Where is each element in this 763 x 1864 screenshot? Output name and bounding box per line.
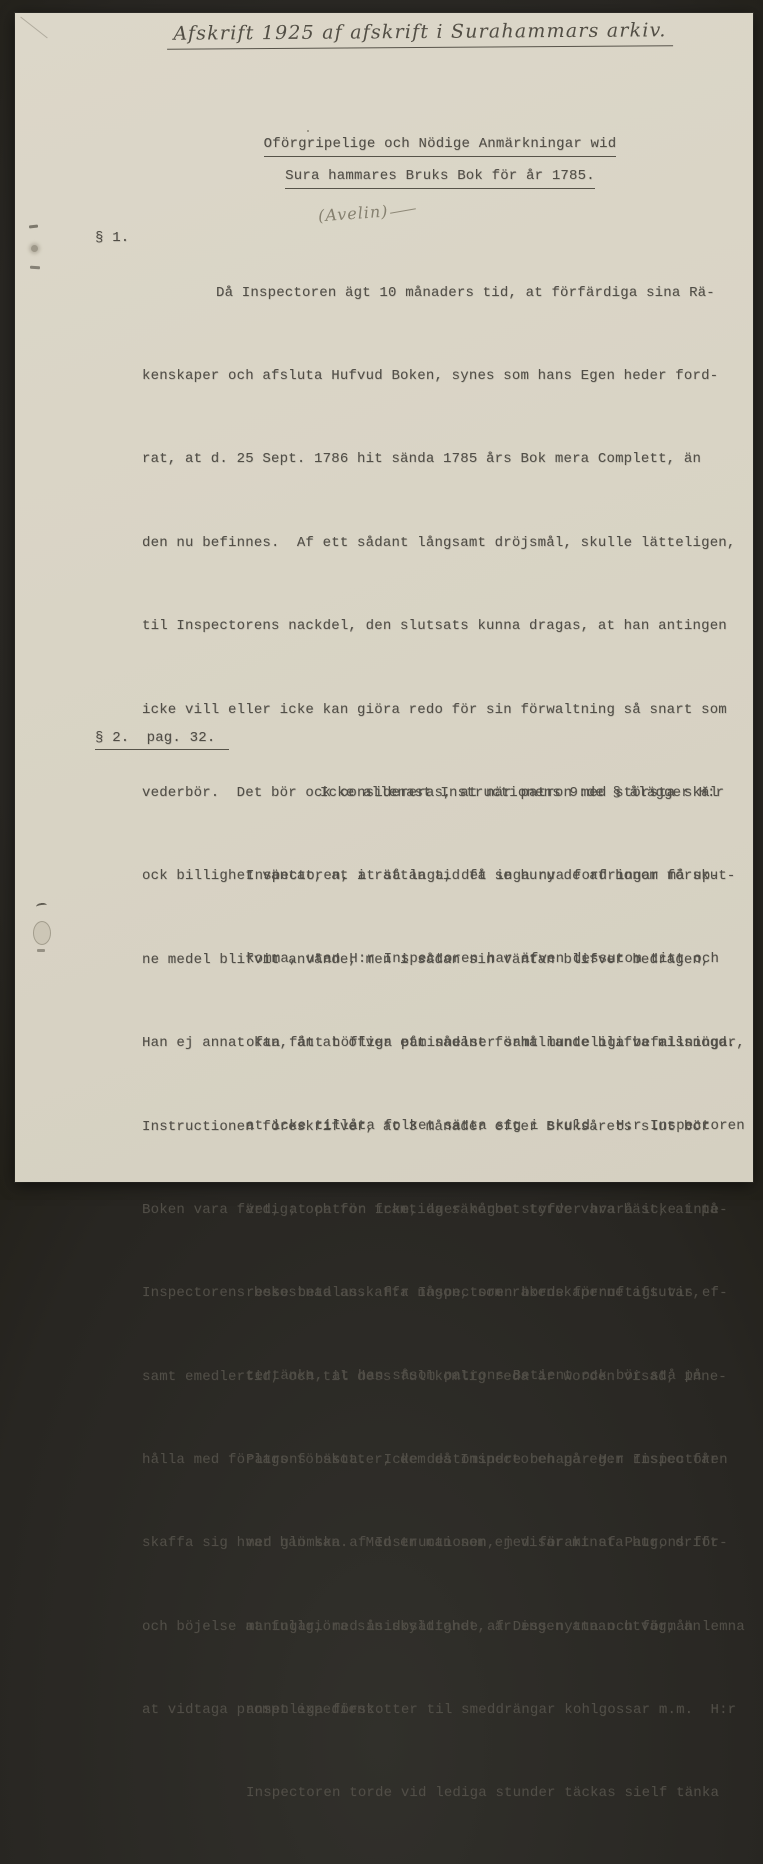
text-line: Icke allenast Instructionens 9:de § åläg… [246,780,745,808]
document-title-line1: Oförgripelige och Nödige Anmärkningar wi… [264,136,617,157]
paper-speck [307,130,309,132]
paper-crease [20,17,47,39]
section1-label: § 1. [95,230,129,246]
text-line: til Inspectorens nackdel, den slutsats k… [142,613,736,641]
text-line: Inspectoren, at så laga, det inga nya fo… [246,863,745,891]
text-line: kenskaper och afsluta Hufvud Boken, syne… [142,363,736,391]
document-title: Oförgripelige och Nödige Anmärkningar wi… [185,134,695,198]
text-line: icke vill eller icke kan giöra redo för … [142,697,736,725]
margin-smudge [30,266,40,270]
margin-smudge [37,949,45,952]
text-line: rat, at d. 25 Sept. 1786 hit sända 1785 … [142,446,736,474]
pencil-annotation-avelin: (Avelin) [317,200,417,226]
text-line: vet, at patron icke, äger någon styfver … [246,1197,745,1200]
text-line: Då Inspectoren ägt 10 månaders tid, at f… [142,280,736,308]
margin-smudge [33,921,51,945]
text-line: komma, utan H:r Inspectoren har äfven de… [246,946,745,974]
text-line: at icke tillåta folket sätta sig i skuld… [246,1113,745,1141]
section2-text: Icke allenast Instructionens 9:de § åläg… [246,724,745,1200]
margin-smudge [29,225,38,229]
text-line: ofta fått höfliga påminnelser samt munte… [246,1030,745,1058]
handwritten-archive-note-text: Afskrift 1925 af afskrift i Surahammars … [167,19,672,50]
document-title-line2: Sura hammares Bruks Bok för år 1785. [285,168,595,189]
document-page: Afskrift 1925 af afskrift i Surahammars … [15,13,753,1182]
margin-smudge [36,902,48,909]
section2-label: § 2. pag. 32. [95,730,229,750]
handwritten-archive-note: Afskrift 1925 af afskrift i Surahammars … [165,19,675,50]
text-line: den nu befinnes. Af ett sådant långsamt … [142,530,736,558]
margin-smudge [31,245,38,252]
